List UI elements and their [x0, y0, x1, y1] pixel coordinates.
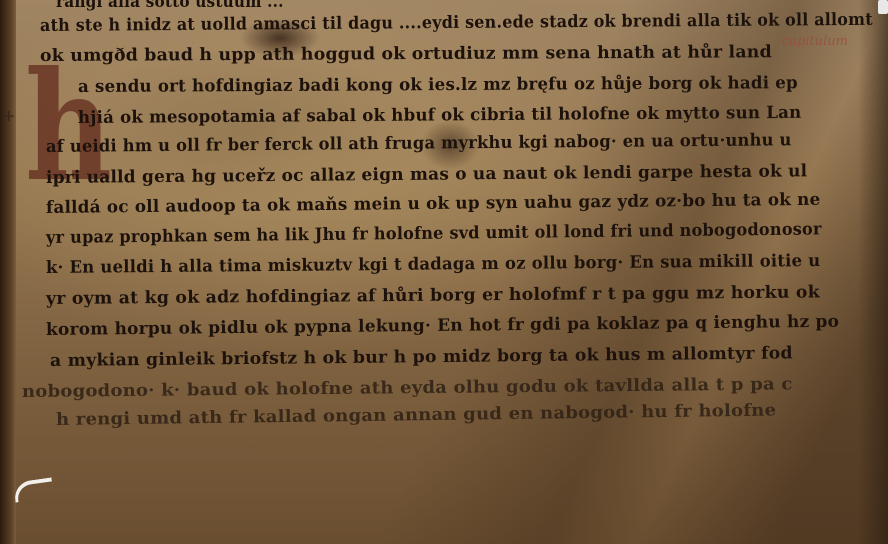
- text-line: hjiá ok mesopotamia af sabal ok hbuf ok …: [78, 103, 802, 128]
- text-line: korom horpu ok pidlu ok pypna lekung· En…: [46, 312, 839, 340]
- text-line: rangi alla sotto ustuum ...: [56, 0, 284, 12]
- text-line: yr upaz prophkan sem ha lik Jhu fr holof…: [46, 219, 822, 248]
- manuscript-page: h + capitulum rangi alla sotto ustuum ..…: [0, 0, 888, 544]
- text-line: af ueidi hm u oll fr ber ferck oll ath f…: [46, 130, 792, 157]
- torn-corner: [13, 477, 54, 502]
- text-line: ath ste h inidz at uolld amasci til dagu…: [40, 10, 873, 36]
- text-line: yr oym at kg ok adz hofdingiaz af hůri b…: [46, 282, 820, 309]
- text-line: ipri ualld gera hg uceřz oc allaz eign m…: [46, 161, 807, 188]
- text-line: k· En uelldi h alla tima miskuztv kgi t …: [46, 251, 821, 278]
- text-line: a mykian ginleik briofstz h ok bur h po …: [50, 343, 793, 371]
- text-line: falldá oc oll audoop ta ok maňs mein u o…: [46, 190, 821, 218]
- page-edge-shadow: [858, 0, 888, 544]
- text-line: a sendu ort hofdingiaz badi kong ok ies.…: [78, 73, 798, 97]
- margin-cross-mark: +: [2, 106, 15, 125]
- binding-edge: [0, 0, 16, 544]
- text-line: ok umgðd baud h upp ath hoggud ok ortudi…: [40, 42, 772, 66]
- text-line: h rengi umd ath fr kallad ongan annan gu…: [56, 401, 777, 430]
- page-tab-marker: [878, 0, 888, 14]
- rubric-heading: capitulum: [782, 34, 848, 49]
- text-line: nobogodono· k· baud ok holofne ath eyda …: [22, 374, 793, 402]
